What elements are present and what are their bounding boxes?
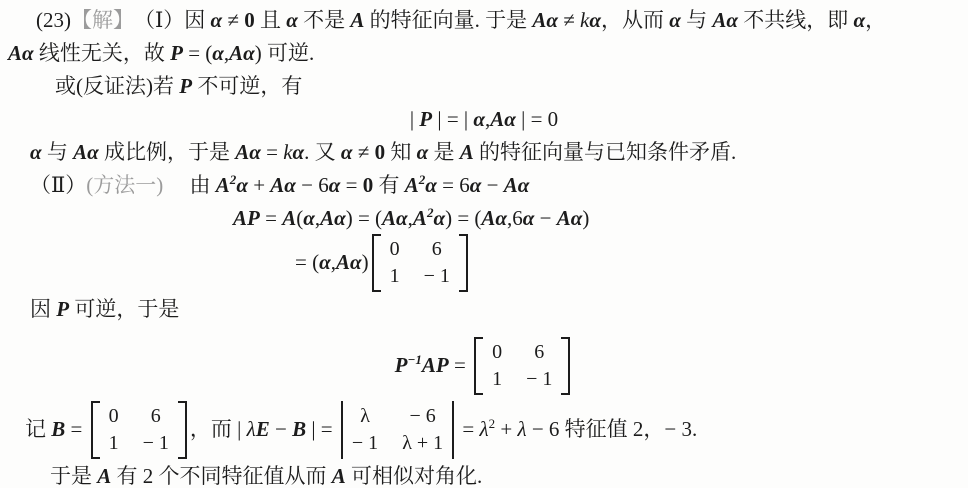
solution-document: (23)【解】 （Ⅰ）因 α ≠ 0 且 α 不是 A 的特征向量. 于是 Aα… bbox=[0, 0, 968, 488]
text-run: α bbox=[212, 41, 224, 65]
text-run: P bbox=[179, 74, 192, 98]
matrix-cell: − 1 bbox=[143, 430, 169, 457]
matrix-entries: 061− 1 bbox=[381, 234, 459, 292]
text-run: α bbox=[303, 206, 315, 230]
matrix-bracket-left bbox=[91, 401, 100, 459]
text-run: Aα bbox=[481, 206, 507, 230]
text-run: AP bbox=[233, 206, 260, 230]
matrix-entries: 061− 1 bbox=[483, 337, 561, 395]
text-run: α bbox=[523, 206, 535, 230]
text-run: ，而 | bbox=[190, 417, 247, 441]
matrix-bracket-left bbox=[372, 234, 381, 292]
text-run: 由 bbox=[163, 173, 216, 197]
text-run: + bbox=[495, 417, 517, 441]
text-run: + bbox=[248, 173, 270, 197]
text-run: 与 bbox=[681, 8, 713, 32]
text-run: −1 bbox=[407, 352, 421, 367]
determinant-bar-right bbox=[452, 401, 454, 459]
text-run: α bbox=[293, 140, 305, 164]
text-run: ≠ bbox=[558, 8, 580, 32]
text-run: Aα bbox=[235, 140, 261, 164]
matrix-cell: − 6 bbox=[402, 403, 443, 430]
text-run: . 又 bbox=[304, 140, 341, 164]
text-run: α bbox=[470, 173, 482, 197]
text-run: 的特征向量. 于是 bbox=[364, 8, 532, 32]
text-run: α bbox=[329, 173, 341, 197]
line-ap-expansion: AP = A(α,Aα) = (Aα,A2α) = (Aα,6α − Aα) bbox=[0, 202, 968, 235]
line-wrap-continuation: Aα 线性无关，故 P = (α,Aα) 可逆. bbox=[0, 37, 968, 70]
line-proportional-contradiction: α 与 Aα 成比例，于是 Aα = kα. 又 α ≠ 0 知 α 是 A 的… bbox=[0, 136, 968, 169]
text-run: Aα bbox=[320, 206, 346, 230]
text-run: α bbox=[341, 140, 353, 164]
text-run: 不是 bbox=[298, 8, 351, 32]
text-run: ) 可逆. bbox=[255, 41, 315, 65]
text-run: Aα bbox=[270, 173, 296, 197]
text-run: Aα bbox=[712, 8, 738, 32]
matrix-cell: 1 bbox=[109, 430, 119, 457]
matrix-bracket-left bbox=[474, 337, 483, 395]
matrix-entries: λ− 6− 1λ + 1 bbox=[343, 401, 452, 459]
text-run: 可相似对角化. bbox=[346, 464, 483, 488]
matrix-cell: 0 bbox=[109, 403, 119, 430]
text-run: λ bbox=[517, 417, 526, 441]
text-run: − bbox=[270, 417, 292, 441]
matrix-cell: 6 bbox=[526, 339, 552, 366]
line-similarity-result: P−1AP = 061− 1 bbox=[0, 338, 968, 396]
text-run: 因 bbox=[30, 297, 56, 321]
matrix-cell: λ + 1 bbox=[402, 430, 443, 457]
text-run: A bbox=[405, 173, 419, 197]
text-run: 或(反证法)若 bbox=[55, 74, 179, 98]
matrix: 061− 1 bbox=[474, 337, 570, 395]
text-run: Aα bbox=[557, 206, 583, 230]
text-run: α bbox=[30, 140, 42, 164]
text-run: λ bbox=[247, 417, 256, 441]
text-run: 的特征向量与已知条件矛盾. bbox=[474, 140, 737, 164]
text-run: − 6 bbox=[296, 173, 329, 197]
text-run: Aα bbox=[73, 140, 99, 164]
text-run: P bbox=[419, 107, 432, 131]
text-run: 于是 bbox=[50, 464, 97, 488]
text-run: − bbox=[534, 206, 556, 230]
text-run: 0 bbox=[363, 173, 374, 197]
text-run: | = bbox=[306, 417, 338, 441]
matrix-cell: 6 bbox=[424, 236, 450, 263]
text-run: ≠ bbox=[222, 8, 244, 32]
text-run: α bbox=[286, 8, 298, 32]
matrix-cell: − 1 bbox=[424, 263, 450, 290]
text-run: α bbox=[417, 140, 429, 164]
text-run: ≠ bbox=[353, 140, 375, 164]
line-characteristic-polynomial: 记 B = 061− 1，而 | λE − B | = λ− 6− 1λ + 1… bbox=[0, 402, 968, 460]
text-run: E bbox=[256, 417, 270, 441]
matrix: 061− 1 bbox=[372, 234, 468, 292]
line-solution-header: (23)【解】 （Ⅰ）因 α ≠ 0 且 α 不是 A 的特征向量. 于是 Aα… bbox=[0, 4, 968, 37]
text-run: = bbox=[65, 417, 87, 441]
text-run: A bbox=[97, 464, 111, 488]
text-run: A bbox=[460, 140, 474, 164]
determinant: λ− 6− 1λ + 1 bbox=[341, 401, 454, 459]
text-run: = bbox=[260, 206, 282, 230]
text-run: ,6 bbox=[507, 206, 523, 230]
text-run: | = 0 bbox=[516, 107, 558, 131]
text-run: 可逆，于是 bbox=[69, 297, 179, 321]
text-run: AP bbox=[422, 353, 449, 377]
text-run: 0 bbox=[375, 140, 386, 164]
text-run: A bbox=[332, 464, 346, 488]
text-run: λ bbox=[480, 417, 489, 441]
text-run: （Ⅰ）因 bbox=[124, 8, 211, 32]
matrix-entries: 061− 1 bbox=[100, 401, 178, 459]
text-run: k bbox=[283, 140, 292, 164]
line-determinant-zero: | P | = | α,Aα | = 0 bbox=[0, 103, 968, 136]
matrix-bracket-right bbox=[178, 401, 187, 459]
text-run: α bbox=[425, 173, 437, 197]
text-run: A bbox=[282, 206, 296, 230]
text-run: 成比例，于是 bbox=[99, 140, 236, 164]
matrix-cell: λ bbox=[352, 403, 378, 430]
text-run: = bbox=[457, 417, 479, 441]
line-part2-method1: （Ⅱ）(方法一) 由 A2α + Aα − 6α = 0 有 A2α = 6α … bbox=[0, 169, 968, 202]
text-run: α bbox=[669, 8, 681, 32]
text-run: ) bbox=[362, 250, 369, 274]
text-run: 是 bbox=[428, 140, 460, 164]
text-run: 知 bbox=[385, 140, 417, 164]
line-ap-matrix-form: = (α,Aα)061− 1 bbox=[0, 235, 968, 293]
text-run: Aα bbox=[382, 206, 408, 230]
text-run: 0 bbox=[244, 8, 255, 32]
text-run: (23) bbox=[36, 8, 71, 32]
text-run: 线性无关，故 bbox=[34, 41, 171, 65]
matrix-cell: 0 bbox=[390, 236, 400, 263]
text-run: 不可逆，有 bbox=[192, 74, 302, 98]
text-run: = bbox=[340, 173, 362, 197]
text-run: α bbox=[211, 8, 223, 32]
text-run: − 6 特征值 2，− 3. bbox=[527, 417, 698, 441]
text-run: = ( bbox=[295, 250, 319, 274]
text-run: 记 bbox=[25, 417, 51, 441]
text-run: P bbox=[56, 297, 69, 321]
text-run: = bbox=[261, 140, 283, 164]
text-run: α bbox=[589, 8, 601, 32]
text-run: − bbox=[481, 173, 503, 197]
text-run: | bbox=[410, 107, 419, 131]
text-run: α bbox=[473, 107, 485, 131]
text-run: 不共线，即 bbox=[738, 8, 854, 32]
text-run: α bbox=[319, 250, 331, 274]
text-run: Aα bbox=[229, 41, 255, 65]
text-run: ) bbox=[582, 206, 589, 230]
text-run: 有 2 个不同特征值从而 bbox=[111, 464, 332, 488]
text-run: A bbox=[216, 173, 230, 197]
text-run: Aα bbox=[532, 8, 558, 32]
text-run: k bbox=[580, 8, 589, 32]
text-run: 【解】 bbox=[71, 8, 124, 32]
text-run: 与 bbox=[42, 140, 74, 164]
text-run: = ( bbox=[183, 41, 212, 65]
line-contradiction-intro: 或(反证法)若 P 不可逆，有 bbox=[0, 70, 968, 103]
line-diagonalizable-conclusion: 于是 A 有 2 个不同特征值从而 A 可相似对角化. bbox=[0, 460, 968, 488]
text-run: Aα bbox=[8, 41, 34, 65]
text-run: α bbox=[236, 173, 248, 197]
text-run: B bbox=[51, 417, 65, 441]
text-run: | = | bbox=[432, 107, 473, 131]
text-run: α bbox=[853, 8, 865, 32]
text-run: ) = ( bbox=[346, 206, 382, 230]
text-run: P bbox=[170, 41, 183, 65]
text-run: ，从而 bbox=[601, 8, 669, 32]
text-run: P bbox=[395, 353, 408, 377]
text-run: （Ⅱ） bbox=[30, 173, 86, 197]
matrix-cell: 1 bbox=[390, 263, 400, 290]
text-run: ， bbox=[865, 8, 886, 32]
text-run: ) = ( bbox=[445, 206, 481, 230]
text-run: 且 bbox=[255, 8, 287, 32]
matrix-bracket-right bbox=[561, 337, 570, 395]
text-run: Aα bbox=[336, 250, 362, 274]
matrix-cell: 6 bbox=[143, 403, 169, 430]
text-run: B bbox=[292, 417, 306, 441]
text-run: Aα bbox=[490, 107, 516, 131]
text-run: (方法一) bbox=[86, 173, 163, 197]
text-run: = bbox=[449, 353, 471, 377]
matrix-bracket-right bbox=[459, 234, 468, 292]
text-run: A bbox=[413, 206, 427, 230]
text-run: = 6 bbox=[437, 173, 470, 197]
line-p-invertible: 因 P 可逆，于是 bbox=[0, 293, 968, 326]
matrix: 061− 1 bbox=[91, 401, 187, 459]
text-run: A bbox=[350, 8, 364, 32]
text-run: α bbox=[433, 206, 445, 230]
text-run: Aα bbox=[504, 173, 530, 197]
matrix-cell: − 1 bbox=[352, 430, 378, 457]
matrix-cell: 1 bbox=[492, 366, 502, 393]
matrix-cell: 0 bbox=[492, 339, 502, 366]
text-run: 有 bbox=[373, 173, 405, 197]
matrix-cell: − 1 bbox=[526, 366, 552, 393]
